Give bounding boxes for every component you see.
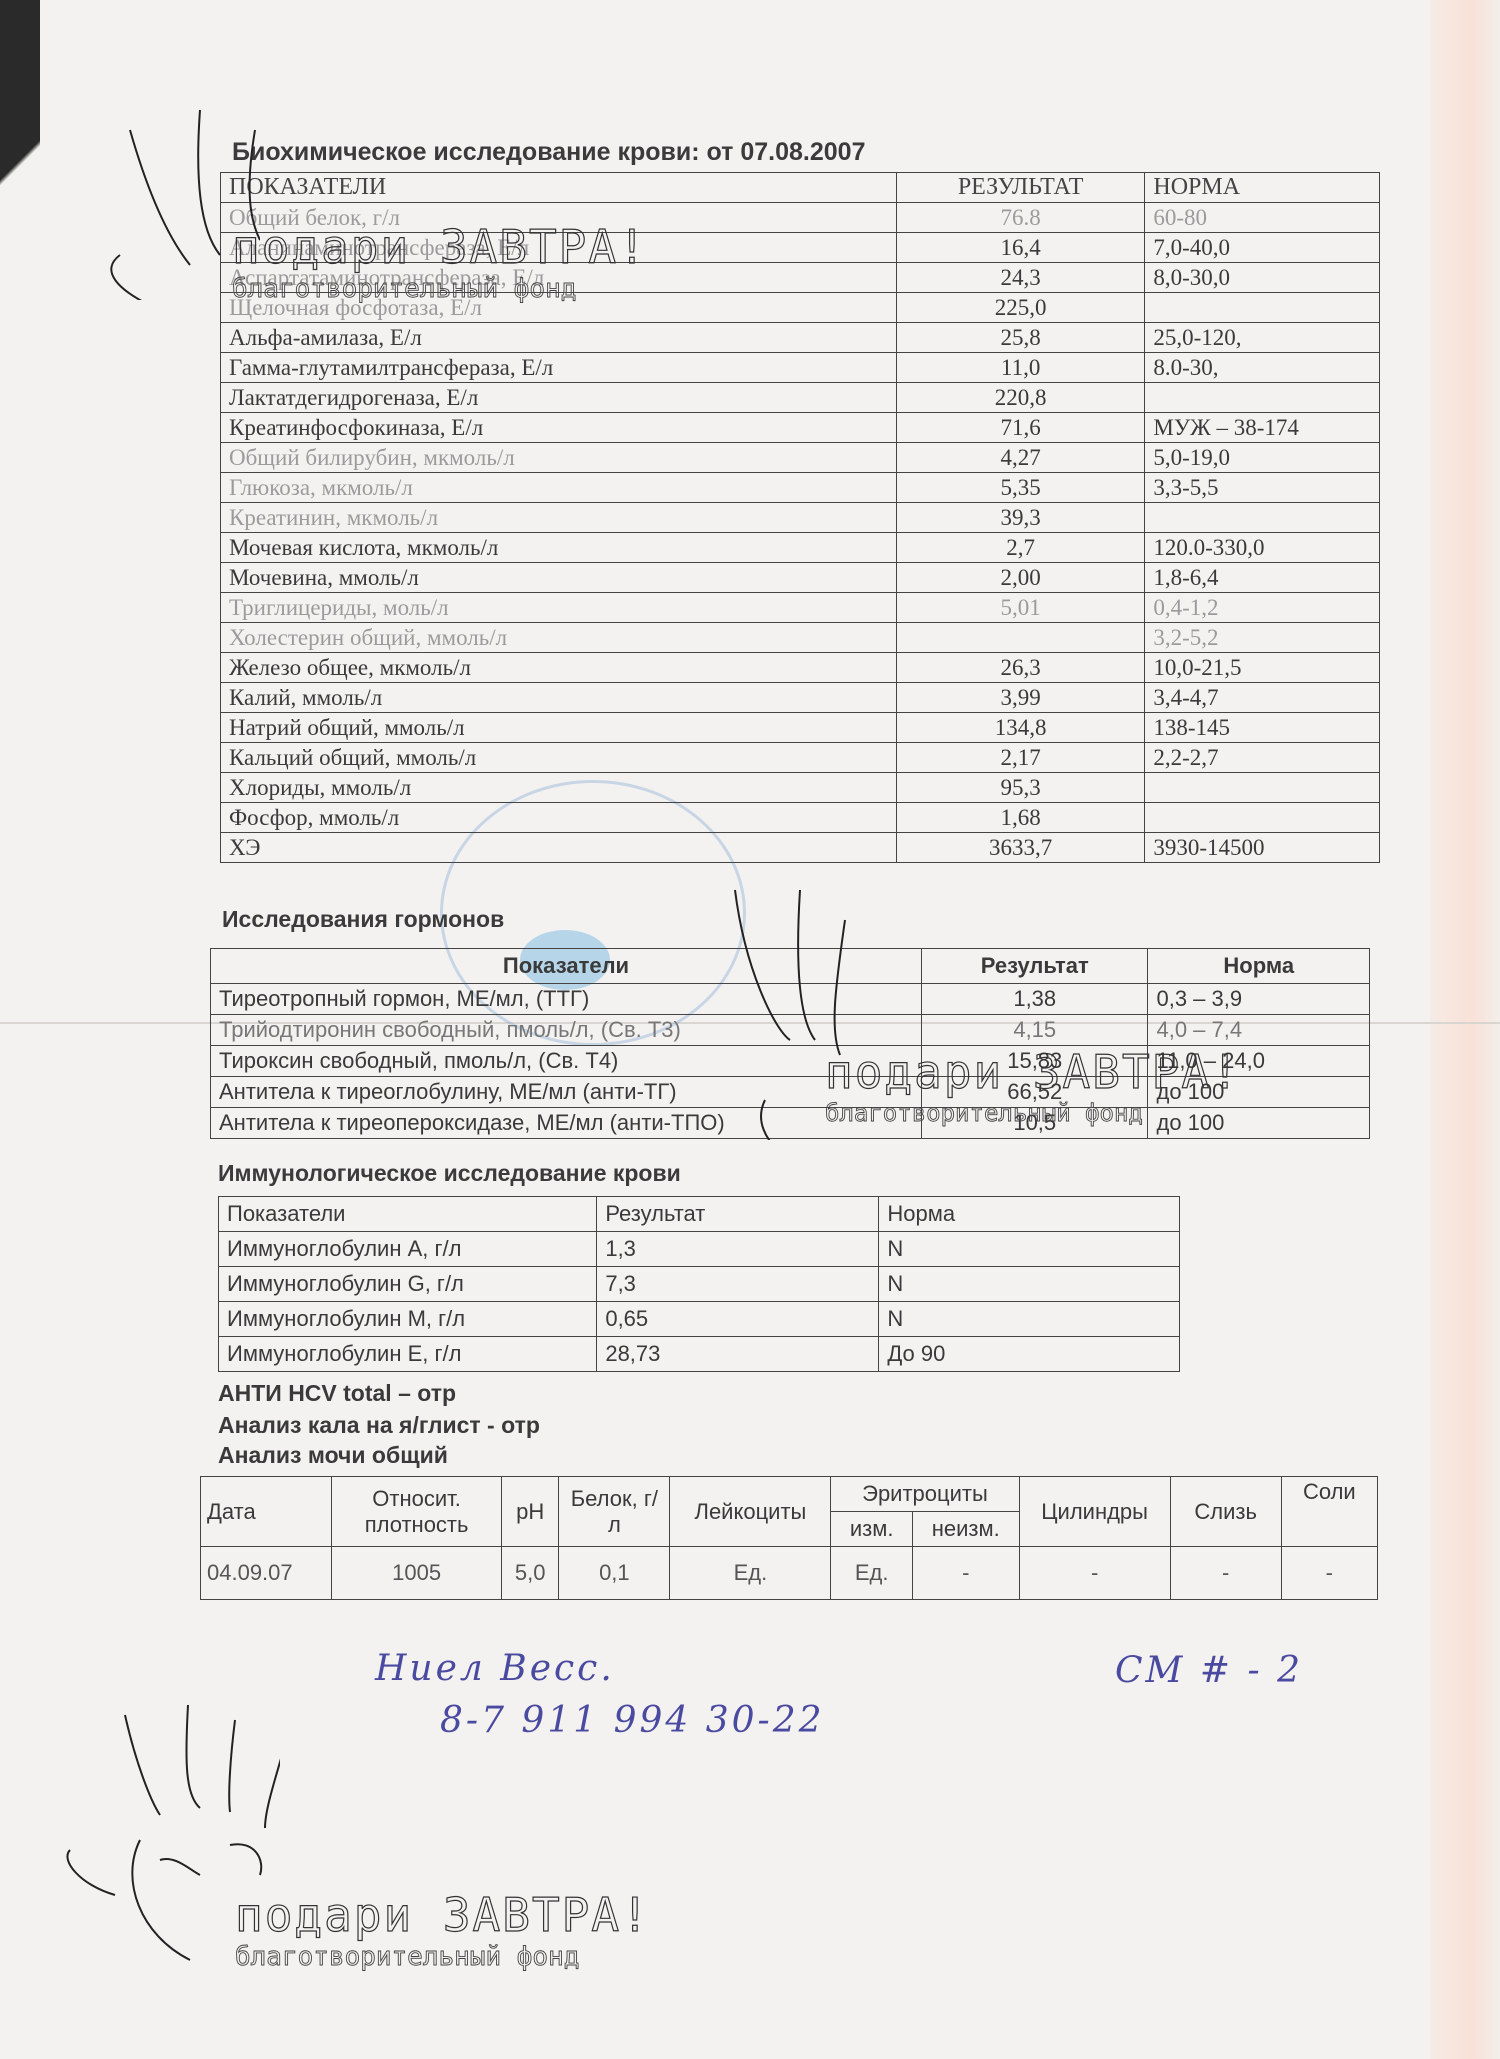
norm-value: 11,0 – 24,0 [1148,1046,1370,1077]
indicator-name: Антитела к тиреоглобулину, МЕ/мл (анти-Т… [211,1077,922,1108]
table-row: Альфа-амилаза, Е/л25,825,0-120, [221,323,1380,353]
norm-value: 4,0 – 7,4 [1148,1015,1370,1046]
indicator-name: Креатинин, мкмоль/л [221,503,897,533]
urine-salts: - [1281,1547,1377,1600]
table-row: Аланинаминотрансфераза, Е/л16,47,0-40,0 [221,233,1380,263]
header-ery-changed: изм. [831,1512,913,1547]
result-value: 76.8 [896,203,1144,233]
indicator-name: Мочевина, ммоль/л [221,563,897,593]
urine-title: Анализ мочи общий [218,1442,448,1469]
stool-result: Анализ кала на я/глист - отр [218,1412,540,1439]
norm-value: 0,4-1,2 [1145,593,1380,623]
table-row: Лактатдегидрогеназа, Е/л220,8 [221,383,1380,413]
immunology-title: Иммунологическое исследование крови [218,1160,681,1187]
result-value: 220,8 [896,383,1144,413]
result-value: 1,68 [896,803,1144,833]
hcv-result: АНТИ HCV total – отр [218,1380,456,1407]
watermark-title: подари ЗАВТРА! [235,1888,651,1942]
indicator-name: Иммуноглобулин G, г/л [219,1267,597,1302]
result-value: 71,6 [896,413,1144,443]
handwritten-note: Нuел Весс. [375,1648,615,1689]
header-result: РЕЗУЛЬТАТ [896,173,1144,203]
indicator-name: Кальций общий, ммоль/л [221,743,897,773]
result-value: 7,3 [597,1267,879,1302]
header-protein: Белок, г/л [559,1477,670,1547]
result-value [896,623,1144,653]
norm-value [1145,293,1380,323]
urine-ery-changed: Ед. [831,1547,913,1600]
urine-leukocytes: Ед. [670,1547,831,1600]
result-value: 134,8 [896,713,1144,743]
norm-value [1145,803,1380,833]
header-indicator: Показатели [219,1197,597,1232]
table-row: 04.09.07 1005 5,0 0,1 Ед. Ед. - - - - [201,1547,1378,1600]
result-value: 11,0 [896,353,1144,383]
urine-ery-unchanged: - [912,1547,1019,1600]
table-row: Антитела к тиреопероксидазе, МЕ/мл (анти… [211,1108,1370,1139]
urine-ph: 5,0 [502,1547,559,1600]
table-row: Натрий общий, ммоль/л134,8138-145 [221,713,1380,743]
norm-value: до 100 [1148,1077,1370,1108]
table-row: Трийодтиронин свободный, пмоль/л, (Св. Т… [211,1015,1370,1046]
header-norm: Норма [879,1197,1180,1232]
indicator-name: Мочевая кислота, мкмоль/л [221,533,897,563]
indicator-name: Глюкоза, мкмоль/л [221,473,897,503]
urine-mucus: - [1170,1547,1281,1600]
indicator-name: Щелочная фосфотаза, Е/л [221,293,897,323]
norm-value [1145,773,1380,803]
watermark-subtitle: благотворительный фонд [235,1942,651,1972]
watermark-text-bottom: подари ЗАВТРА! благотворительный фонд [235,1888,651,1972]
indicator-name: Лактатдегидрогеназа, Е/л [221,383,897,413]
indicator-name: Антитела к тиреопероксидазе, МЕ/мл (анти… [211,1108,922,1139]
norm-value: 7,0-40,0 [1145,233,1380,263]
table-row: Иммуноглобулин А, г/л1,3N [219,1232,1180,1267]
indicator-name: Трийодтиронин свободный, пмоль/л, (Св. Т… [211,1015,922,1046]
header-date: Дата [201,1477,332,1547]
handwritten-phone: 8-7 911 994 30-22 [440,1700,825,1741]
result-value: 15,83 [922,1046,1148,1077]
indicator-name: Креатинфосфокиназа, Е/л [221,413,897,443]
handwritten-note-right: СМ # - 2 [1115,1650,1303,1691]
table-row: Креатинин, мкмоль/л39,3 [221,503,1380,533]
header-ph: pH [502,1477,559,1547]
indicator-name: Железо общее, мкмоль/л [221,653,897,683]
table-row: Креатинфосфокиназа, Е/л71,6МУЖ – 38-174 [221,413,1380,443]
indicator-name: Хлориды, ммоль/л [221,773,897,803]
table-row: ХЭ3633,73930-14500 [221,833,1380,863]
indicator-name: Триглицериды, моль/л [221,593,897,623]
indicator-name: Иммуноглобулин Е, г/л [219,1337,597,1372]
header-result: Результат [597,1197,879,1232]
table-row: Гамма-глутамилтрансфераза, Е/л11,08.0-30… [221,353,1380,383]
indicator-name: Иммуноглобулин М, г/л [219,1302,597,1337]
table-header-row: ПОКАЗАТЕЛИ РЕЗУЛЬТАТ НОРМА [221,173,1380,203]
table-row: Железо общее, мкмоль/л26,310,0-21,5 [221,653,1380,683]
table-row: Глюкоза, мкмоль/л5,353,3-5,5 [221,473,1380,503]
header-ery-unchanged: неизм. [912,1512,1019,1547]
norm-value: 3,3-5,5 [1145,473,1380,503]
result-value: 2,7 [896,533,1144,563]
norm-value: 1,8-6,4 [1145,563,1380,593]
table-header-row: Показатели Результат Норма [219,1197,1180,1232]
result-value: 25,8 [896,323,1144,353]
norm-value: до 100 [1148,1108,1370,1139]
norm-value: 3930-14500 [1145,833,1380,863]
table-row: Щелочная фосфотаза, Е/л225,0 [221,293,1380,323]
header-norm: НОРМА [1145,173,1380,203]
header-salts: Соли [1281,1477,1377,1547]
norm-value: 10,0-21,5 [1145,653,1380,683]
header-indicator: Показатели [211,949,922,984]
indicator-name: Общий билирубин, мкмоль/л [221,443,897,473]
table-row: Калий, ммоль/л3,993,4-4,7 [221,683,1380,713]
result-value: 3633,7 [896,833,1144,863]
norm-value: 0,3 – 3,9 [1148,984,1370,1015]
indicator-name: Тироксин свободный, пмоль/л, (Св. Т4) [211,1046,922,1077]
indicator-name: Аспартатаминотрансфераза, Е/л [221,263,897,293]
hormones-table: Показатели Результат Норма Тиреотропный … [210,948,1370,1139]
norm-value: 138-145 [1145,713,1380,743]
table-row: Кальций общий, ммоль/л2,172,2-2,7 [221,743,1380,773]
result-value: 66,52 [922,1077,1148,1108]
table-row: Тиреотропный гормон, МЕ/мл, (ТТГ)1,380,3… [211,984,1370,1015]
norm-value: 3,2-5,2 [1145,623,1380,653]
indicator-name: Фосфор, ммоль/л [221,803,897,833]
result-value: 24,3 [896,263,1144,293]
indicator-name: Тиреотропный гормон, МЕ/мл, (ТТГ) [211,984,922,1015]
result-value: 28,73 [597,1337,879,1372]
header-norm: Норма [1148,949,1370,984]
urine-protein: 0,1 [559,1547,670,1600]
result-value: 16,4 [896,233,1144,263]
result-value: 225,0 [896,293,1144,323]
table-row: Иммуноглобулин М, г/л0,65N [219,1302,1180,1337]
indicator-name: Аланинаминотрансфераза, Е/л [221,233,897,263]
result-value: 39,3 [896,503,1144,533]
watermark-logo-bottom [60,1700,280,1975]
indicator-name: Гамма-глутамилтрансфераза, Е/л [221,353,897,383]
table-row: Холестерин общий, ммоль/л3,2-5,2 [221,623,1380,653]
result-value: 5,01 [896,593,1144,623]
urine-date: 04.09.07 [201,1547,332,1600]
norm-value: 60-80 [1145,203,1380,233]
table-row: Иммуноглобулин Е, г/л28,73До 90 [219,1337,1180,1372]
header-cylinders: Цилиндры [1019,1477,1170,1547]
result-value: 5,35 [896,473,1144,503]
result-value: 0,65 [597,1302,879,1337]
table-row: Мочевая кислота, мкмоль/л2,7120.0-330,0 [221,533,1380,563]
hand-icon [60,1700,280,1970]
result-value: 1,38 [922,984,1148,1015]
norm-value: 3,4-4,7 [1145,683,1380,713]
urine-table: Дата Относит. плотность pH Белок, г/л Ле… [200,1476,1378,1600]
result-value: 4,27 [896,443,1144,473]
table-row: Антитела к тиреоглобулину, МЕ/мл (анти-Т… [211,1077,1370,1108]
indicator-name: Холестерин общий, ммоль/л [221,623,897,653]
result-value: 4,15 [922,1015,1148,1046]
indicator-name: Иммуноглобулин А, г/л [219,1232,597,1267]
norm-value: 8.0-30, [1145,353,1380,383]
hormones-title: Исследования гормонов [222,906,504,933]
norm-value: 2,2-2,7 [1145,743,1380,773]
header-mucus: Слизь [1170,1477,1281,1547]
norm-value [1145,383,1380,413]
norm-value: МУЖ – 38-174 [1145,413,1380,443]
immunology-table: Показатели Результат Норма Иммуноглобули… [218,1196,1180,1372]
result-value: 2,00 [896,563,1144,593]
table-row: Триглицериды, моль/л5,010,4-1,2 [221,593,1380,623]
urine-density: 1005 [332,1547,502,1600]
norm-value: N [879,1267,1180,1302]
norm-value: 25,0-120, [1145,323,1380,353]
table-row: Общий белок, г/л76.860-80 [221,203,1380,233]
indicator-name: Калий, ммоль/л [221,683,897,713]
indicator-name: Альфа-амилаза, Е/л [221,323,897,353]
table-header-row: Показатели Результат Норма [211,949,1370,984]
result-value: 3,99 [896,683,1144,713]
norm-value: 8,0-30,0 [1145,263,1380,293]
biochem-title: Биохимическое исследование крови: от 07.… [232,138,865,167]
norm-value: До 90 [879,1337,1180,1372]
norm-value: N [879,1302,1180,1337]
norm-value [1145,503,1380,533]
paper-edge [1430,0,1500,2059]
header-erythrocytes: Эритроциты [831,1477,1019,1512]
indicator-name: Общий белок, г/л [221,203,897,233]
biochem-table: ПОКАЗАТЕЛИ РЕЗУЛЬТАТ НОРМА Общий белок, … [220,172,1380,863]
table-row: Тироксин свободный, пмоль/л, (Св. Т4)15,… [211,1046,1370,1077]
result-value: 2,17 [896,743,1144,773]
norm-value: 5,0-19,0 [1145,443,1380,473]
header-indicator: ПОКАЗАТЕЛИ [221,173,897,203]
table-row: Общий билирубин, мкмоль/л4,275,0-19,0 [221,443,1380,473]
result-value: 10,5 [922,1108,1148,1139]
header-leukocytes: Лейкоциты [670,1477,831,1547]
header-density: Относит. плотность [332,1477,502,1547]
indicator-name: Натрий общий, ммоль/л [221,713,897,743]
scan-corner-shadow [0,0,40,560]
table-row: Хлориды, ммоль/л95,3 [221,773,1380,803]
urine-cylinders: - [1019,1547,1170,1600]
table-row: Иммуноглобулин G, г/л7,3N [219,1267,1180,1302]
result-value: 95,3 [896,773,1144,803]
norm-value: 120.0-330,0 [1145,533,1380,563]
table-row: Аспартатаминотрансфераза, Е/л24,38,0-30,… [221,263,1380,293]
table-header-row: Дата Относит. плотность pH Белок, г/л Ле… [201,1477,1378,1512]
result-value: 1,3 [597,1232,879,1267]
table-row: Мочевина, ммоль/л2,001,8-6,4 [221,563,1380,593]
result-value: 26,3 [896,653,1144,683]
header-result: Результат [922,949,1148,984]
indicator-name: ХЭ [221,833,897,863]
table-row: Фосфор, ммоль/л1,68 [221,803,1380,833]
norm-value: N [879,1232,1180,1267]
